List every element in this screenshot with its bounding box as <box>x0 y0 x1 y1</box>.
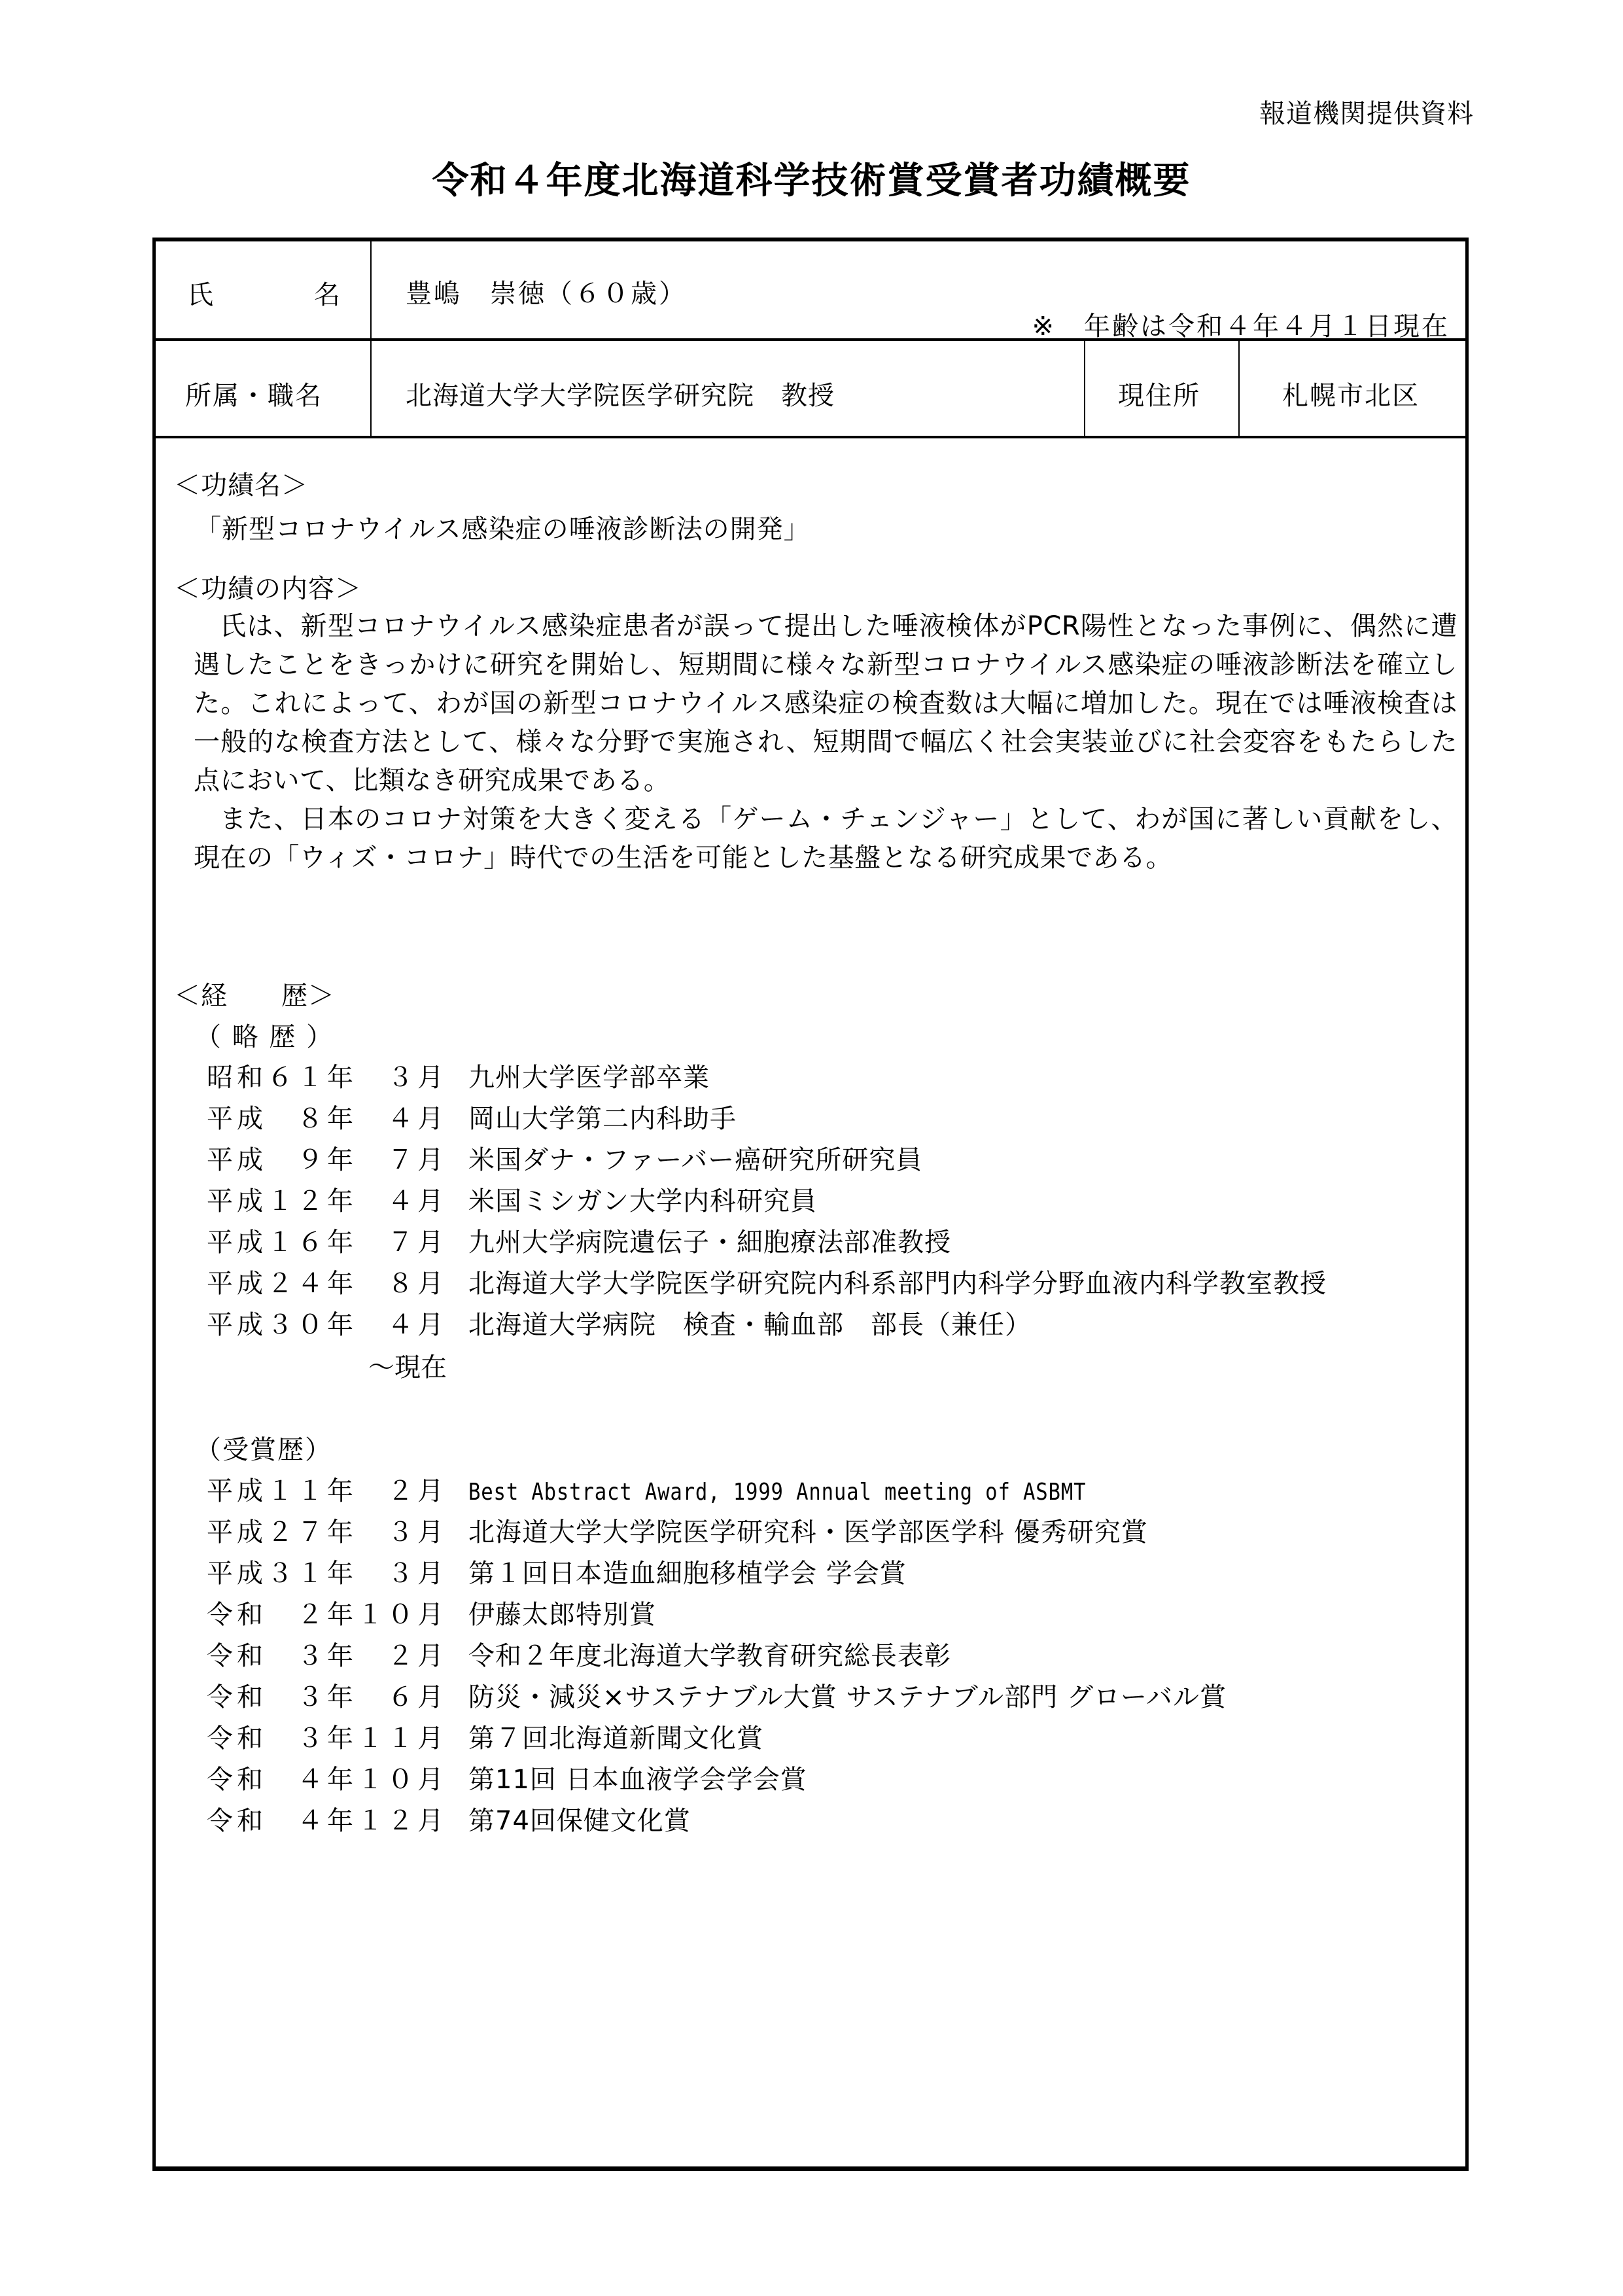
award-date: 平成３１年 ３月 <box>207 1553 468 1590</box>
history-desc: 北海道大学大学院医学研究院内科系部門内科学分野血液内科学教室教授 <box>468 1263 1327 1300</box>
award-desc: 第74回保健文化賞 <box>468 1800 691 1837</box>
history-item: 平成 ９年 ７月米国ダナ・ファーバー癌研究所研究員 <box>207 1139 922 1178</box>
history-date: 平成１２年 ４月 <box>207 1180 468 1218</box>
history-desc: 北海道大学病院 検査・輸血部 部長（兼任） <box>468 1304 1032 1341</box>
award-desc: 第11回 日本血液学会学会賞 <box>468 1759 807 1796</box>
award-date: 平成１１年 ２月 <box>207 1470 468 1508</box>
award-item: 平成２７年 ３月北海道大学大学院医学研究科・医学部医学科 優秀研究賞 <box>207 1511 1148 1550</box>
address-label: 現住所 <box>1118 375 1200 412</box>
history-item: 昭和６１年 ３月九州大学医学部卒業 <box>207 1057 710 1095</box>
award-item: 令和 ３年 ２月令和２年度北海道大学教育研究総長表彰 <box>207 1635 951 1674</box>
award-item: 令和 ３年 ６月防災・減災×サステナブル大賞 サステナブル部門 グローバル賞 <box>207 1676 1227 1715</box>
history-desc: 米国ミシガン大学内科研究員 <box>468 1180 817 1218</box>
affiliation-label-cell: 所属・職名 <box>156 341 372 436</box>
age-note: ※ 年齢は令和４年４月１日現在 <box>1032 306 1450 343</box>
award-desc: 第１回日本造血細胞移植学会 学会賞 <box>468 1553 907 1590</box>
name-label-cell: 氏 名 <box>156 241 372 338</box>
award-desc: Best Abstract Award, 1999 Annual meeting… <box>468 1479 1086 1506</box>
award-date: 令和 ４年１２月 <box>207 1800 468 1837</box>
content-paragraph-2: また、日本のコロナ対策を大きく変える「ゲーム・チェンジャー」として、わが国に著し… <box>194 800 1457 877</box>
document-title: 令和４年度北海道科学技術賞受賞者功績概要 <box>0 152 1623 204</box>
name-row: 氏 名 豊嶋 崇徳（６０歳） ※ 年齢は令和４年４月１日現在 <box>156 241 1465 341</box>
history-desc: 九州大学病院遺伝子・細胞療法部准教授 <box>468 1222 951 1259</box>
name-label-first: 氏 <box>187 274 213 311</box>
award-item: 令和 ４年１２月第74回保健文化賞 <box>207 1800 691 1839</box>
name-value: 豊嶋 崇徳（６０歳） <box>406 273 687 310</box>
career-heading: ＜経 歴＞ <box>174 975 335 1012</box>
award-item: 令和 ４年１０月第11回 日本血液学会学会賞 <box>207 1759 807 1797</box>
history-date: 平成 ８年 ４月 <box>207 1098 468 1135</box>
award-desc: 第７回北海道新聞文化賞 <box>468 1718 763 1755</box>
affiliation-row: 所属・職名 北海道大学大学院医学研究院 教授 現住所 札幌市北区 <box>156 341 1465 438</box>
history-item: 平成３０年 ４月北海道大学病院 検査・輸血部 部長（兼任） <box>207 1304 1032 1343</box>
history-date: 平成２４年 ８月 <box>207 1263 468 1300</box>
award-desc: 伊藤太郎特別賞 <box>468 1594 656 1631</box>
address-label-cell: 現住所 <box>1084 341 1240 436</box>
award-item: 平成３１年 ３月第１回日本造血細胞移植学会 学会賞 <box>207 1553 907 1591</box>
content-paragraph-1: 氏は、新型コロナウイルス感染症患者が誤って提出した唾液検体がPCR陽性となった事… <box>194 607 1457 800</box>
award-date: 令和 ３年 ２月 <box>207 1635 468 1672</box>
awards-heading: （受賞歴） <box>195 1429 332 1466</box>
brief-history-heading: （ 略 歴 ） <box>195 1016 334 1053</box>
history-item: 平成１６年 ７月九州大学病院遺伝子・細胞療法部准教授 <box>207 1222 951 1260</box>
history-item: 平成１２年 ４月米国ミシガン大学内科研究員 <box>207 1180 817 1219</box>
name-label-second: 名 <box>314 274 340 311</box>
address-value: 札幌市北区 <box>1282 375 1420 412</box>
award-item: 平成１１年 ２月Best Abstract Award, 1999 Annual… <box>207 1470 1195 1509</box>
award-desc: 北海道大学大学院医学研究科・医学部医学科 優秀研究賞 <box>468 1511 1148 1549</box>
press-release-label: 報道機関提供資料 <box>1259 93 1474 130</box>
achievement-content-heading: ＜功績の内容＞ <box>174 568 362 605</box>
history-continuation: ～現在 <box>368 1347 447 1384</box>
history-date: 平成３０年 ４月 <box>207 1304 468 1341</box>
award-date: 令和 ２年１０月 <box>207 1594 468 1631</box>
achievement-name: 「新型コロナウイルス感染症の唾液診断法の開発」 <box>195 508 811 546</box>
award-desc: 防災・減災×サステナブル大賞 サステナブル部門 グローバル賞 <box>468 1676 1227 1714</box>
history-item: 平成 ８年 ４月岡山大学第二内科助手 <box>207 1098 737 1137</box>
history-item: 平成２４年 ８月北海道大学大学院医学研究院内科系部門内科学分野血液内科学教室教授 <box>207 1263 1327 1301</box>
history-date: 昭和６１年 ３月 <box>207 1057 468 1094</box>
award-desc: 令和２年度北海道大学教育研究総長表彰 <box>468 1635 951 1672</box>
achievement-content: 氏は、新型コロナウイルス感染症患者が誤って提出した唾液検体がPCR陽性となった事… <box>194 607 1457 877</box>
summary-table: 氏 名 豊嶋 崇徳（６０歳） ※ 年齢は令和４年４月１日現在 所属・職名 北海道… <box>152 238 1469 2171</box>
award-date: 令和 ４年１０月 <box>207 1759 468 1796</box>
history-desc: 米国ダナ・ファーバー癌研究所研究員 <box>468 1139 922 1176</box>
award-item: 令和 ２年１０月伊藤太郎特別賞 <box>207 1594 656 1633</box>
award-date: 令和 ３年 ６月 <box>207 1676 468 1714</box>
award-item: 令和 ３年１１月第７回北海道新聞文化賞 <box>207 1718 763 1756</box>
achievement-name-heading: ＜功績名＞ <box>174 465 308 502</box>
history-desc: 岡山大学第二内科助手 <box>468 1098 737 1135</box>
award-date: 令和 ３年１１月 <box>207 1718 468 1755</box>
affiliation-label: 所属・職名 <box>185 375 323 412</box>
history-desc: 九州大学医学部卒業 <box>468 1057 710 1094</box>
history-date: 平成１６年 ７月 <box>207 1222 468 1259</box>
history-date: 平成 ９年 ７月 <box>207 1139 468 1176</box>
affiliation-value: 北海道大学大学院医学研究院 教授 <box>406 375 835 412</box>
award-date: 平成２７年 ３月 <box>207 1511 468 1549</box>
